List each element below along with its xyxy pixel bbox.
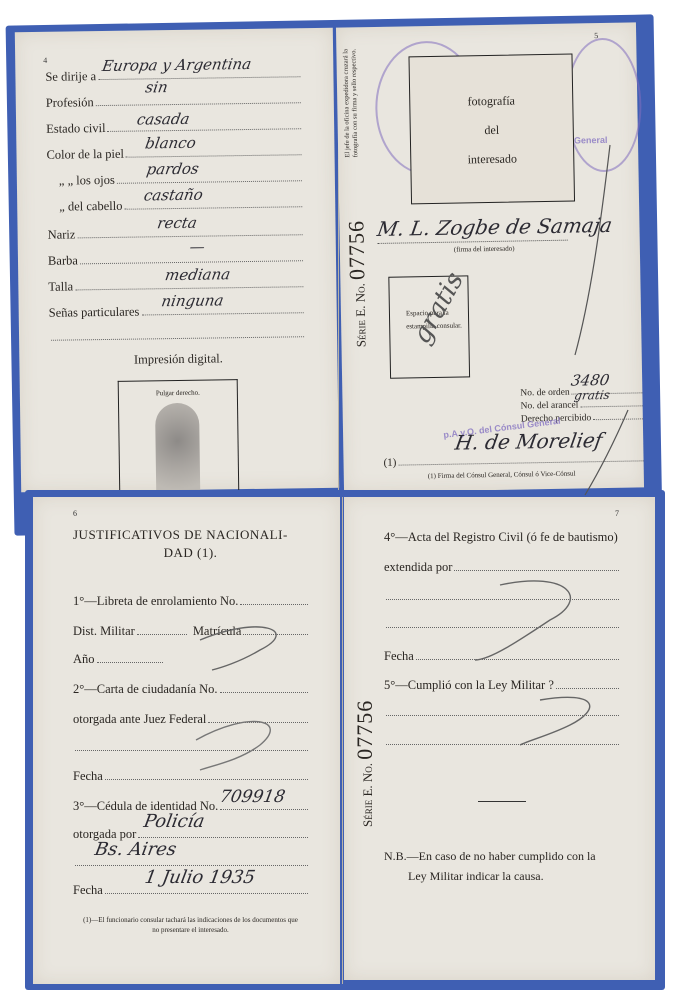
consulate-stamp-right	[564, 37, 642, 172]
handwritten-value: Bs. Aires	[93, 839, 178, 860]
bottom-gutter	[342, 497, 343, 984]
handwritten-value: casada	[136, 110, 191, 129]
handwritten-value: Europa y Argentina	[101, 55, 253, 75]
consular-stamp-box: Espacio para la estampilla consular. gra…	[388, 275, 470, 378]
field-profesion: Profesiónsin	[46, 92, 301, 111]
handwritten-value: blanco	[144, 134, 197, 153]
signature-caption: (firma del interesado)	[454, 245, 515, 254]
handwritten-value: recta	[156, 214, 198, 233]
page-7: 7 Série E. No. 07756 4°—Acta del Registr…	[344, 497, 655, 980]
field-juez: otorgada ante Juez Federal	[73, 712, 308, 727]
field-libreta: 1°—Libreta de enrolamiento No.	[73, 594, 308, 609]
field-senas: Señas particularesninguna	[49, 302, 304, 321]
blank-line	[384, 617, 619, 628]
field-cabello: „ del cabellocastaño	[59, 196, 302, 214]
page-5: 5 El jefe de la oficina expedidora cruza…	[336, 22, 644, 492]
handwritten-value: pardos	[145, 160, 200, 179]
blank-line	[384, 705, 619, 716]
field-lugar: Bs. Aires	[73, 855, 308, 866]
field-ley-militar: 5°—Cumplió con la Ley Militar ?	[384, 678, 619, 693]
consul-footnote: (1) Firma del Cónsul General, Cónsul ó V…	[428, 470, 576, 481]
fingerprint-image	[155, 403, 200, 499]
consul-signature-line: (1)	[383, 450, 643, 469]
field-fecha-3: Fecha1 Julio 1935	[73, 883, 308, 898]
field-fecha-2: Fecha	[73, 769, 308, 784]
page-number: 4	[43, 56, 47, 65]
field-fecha-4: Fecha	[384, 649, 619, 664]
fingerprint-heading: Impresión digital.	[19, 350, 337, 369]
serial-number: Série E. No. 07756	[343, 220, 371, 348]
nb-note: N.B.—En caso de no haber cumplido con la…	[384, 846, 624, 886]
fingerprint-box-label: Pulgar derecho.	[119, 388, 237, 398]
photo-label-2: del	[411, 122, 573, 140]
handwritten-value: 3480	[570, 371, 611, 390]
handwritten-value: sin	[144, 78, 169, 96]
handwritten-value: ninguna	[160, 291, 225, 310]
field-extendida: extendida por	[384, 560, 619, 575]
handwritten-value: 1 Julio 1935	[143, 867, 257, 888]
page-number: 7	[615, 509, 619, 518]
handwritten-value: —	[188, 238, 206, 256]
divider	[478, 801, 526, 802]
blank-line	[384, 734, 619, 745]
handwritten-value: castaño	[143, 186, 205, 205]
page-4: 4 Se dirije aEuropa y Argentina Profesió…	[15, 28, 339, 492]
photo-label-3: interesado	[411, 151, 573, 169]
field-se-dirije: Se dirije aEuropa y Argentina	[45, 66, 300, 85]
field-acta: 4°—Acta del Registro Civil (ó fe de baut…	[384, 530, 624, 545]
blank-line	[73, 740, 308, 751]
page-6: 6 JUSTIFICATIVOS DE NACIONALI- DAD (1). …	[33, 497, 340, 984]
photo-label-1: fotografía	[410, 93, 572, 111]
field-nariz: Narizrecta	[48, 224, 303, 243]
stamp-general-label: General	[574, 135, 608, 146]
photo-side-note: El jefe de la oficina expedidora cruzará…	[342, 47, 360, 157]
blank-line	[49, 326, 304, 341]
field-dist-militar: Dist. Militar Matrícula	[73, 624, 308, 639]
handwritten-value: Policía	[142, 811, 206, 832]
fingerprint-box: Pulgar derecho.	[118, 379, 240, 497]
field-carta: 2°—Carta de ciudadanía No.	[73, 682, 308, 697]
serial-number: Série E. No. 07756	[352, 700, 378, 827]
holder-signature: M. L. Zogbe de Samaja	[376, 213, 614, 241]
handwritten-value: gratis	[573, 388, 611, 403]
handwritten-value: 709918	[218, 787, 286, 807]
page-number: 6	[73, 509, 77, 518]
photo-box: fotografía del interesado	[408, 54, 575, 205]
section-title: JUSTIFICATIVOS DE NACIONALI- DAD (1).	[73, 527, 308, 561]
blank-line	[384, 589, 619, 600]
footnote: (1)—El funcionario consular tachará las …	[83, 915, 298, 935]
handwritten-value: mediana	[164, 265, 232, 284]
field-ano: Año	[73, 652, 163, 667]
